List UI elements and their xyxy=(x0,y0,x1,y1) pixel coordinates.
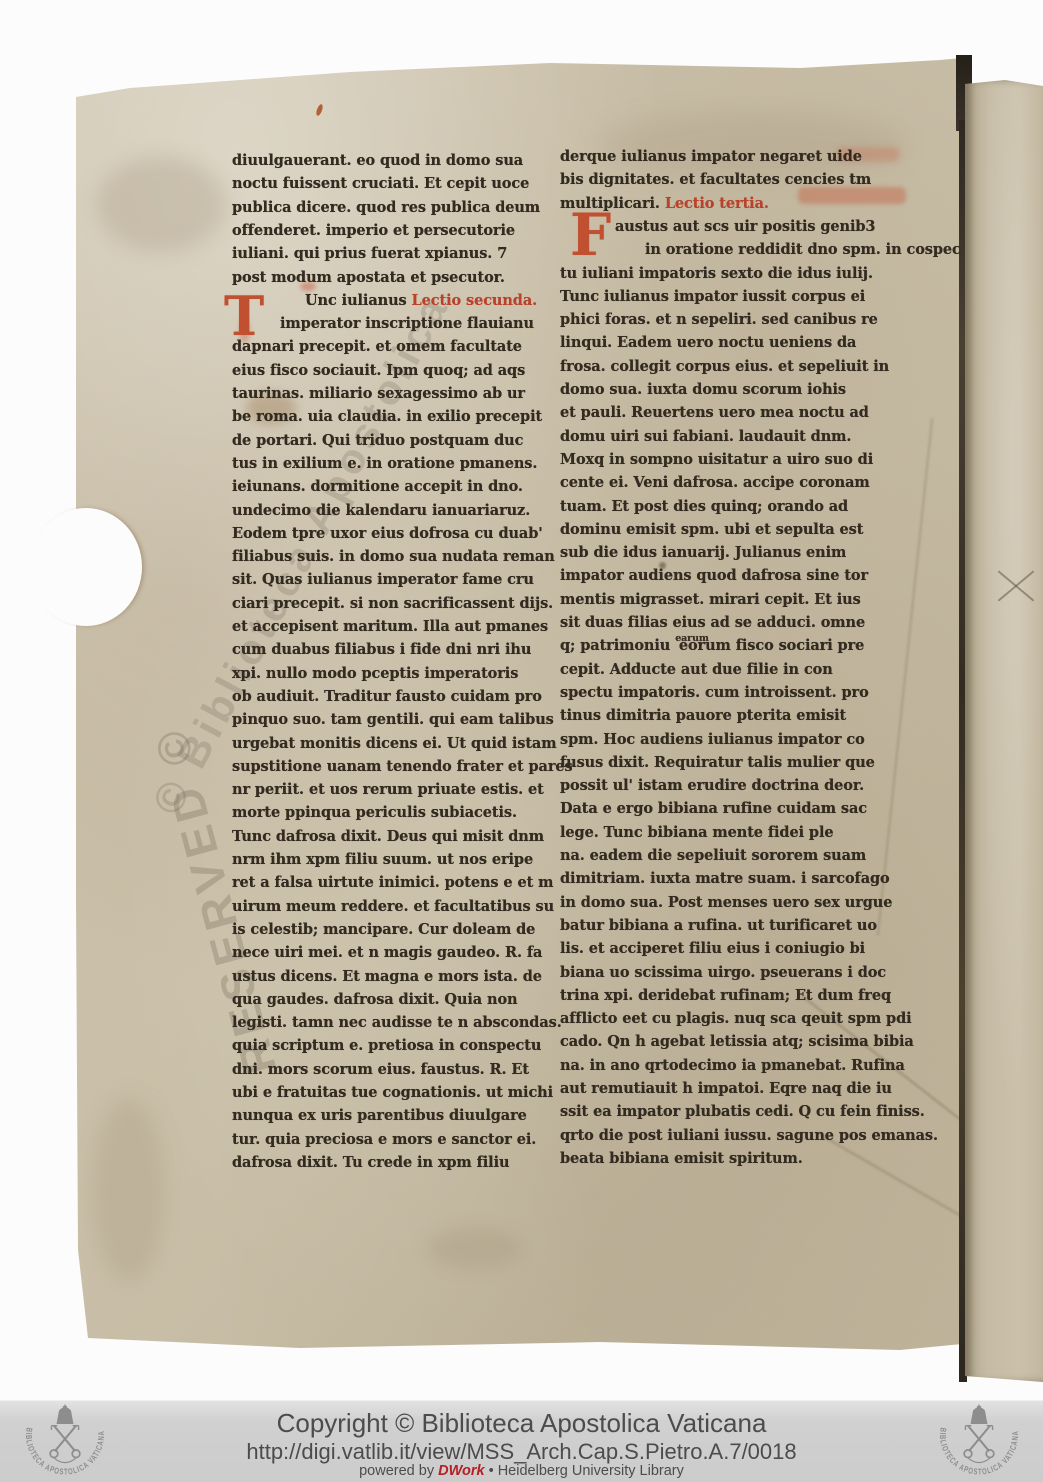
manuscript-line-left-15: ieiunans. dormitione accepit in dno. xyxy=(232,478,523,495)
manuscript-text: cado. Qn h agebat letissia atq; scisima … xyxy=(560,1033,914,1050)
manuscript-line-left-29: morte ppinqua periculis subiacetis. xyxy=(232,804,517,821)
manuscript-text: in oratione reddidit dno spm. in cospec xyxy=(645,241,961,258)
manuscript-text: ciari precepit. si non sacrificassent di… xyxy=(232,595,553,612)
manuscript-line-right-2: bis dignitates. et facultates cencies tm xyxy=(560,171,871,188)
stain xyxy=(426,1227,521,1269)
manuscript-text: eius fisco sociauit. Ipm quoq; ad aqs xyxy=(232,362,525,379)
manuscript-text: filiabus suis. in domo sua nudata reman xyxy=(232,548,555,565)
manuscript-line-left-16: undecimo die kalendaru ianuariaruz. xyxy=(232,502,530,519)
svg-text:BIBLIOTECA APOSTOLICA VATICANA: BIBLIOTECA APOSTOLICA VATICANA xyxy=(938,1427,1020,1477)
source-url: http://digi.vatlib.it/view/MSS_Arch.Cap.… xyxy=(0,1439,1043,1465)
manuscript-line-left-35: nece uiri mei. et n magis gaudeo. R. fa xyxy=(232,944,542,961)
manuscript-line-right-21: sit duas filias eius ad se adduci. omne xyxy=(560,614,865,631)
manuscript-line-left-23: xpi. nullo modo pceptis imperatoris xyxy=(232,665,518,682)
scratch-mark xyxy=(998,570,1035,601)
manuscript-line-left-36: ustus dicens. Et magna e mors ista. de xyxy=(232,968,542,985)
manuscript-text: imperator inscriptione flauianu xyxy=(280,315,534,332)
manuscript-text: in domo sua. Post menses uero sex urgue xyxy=(560,894,892,911)
parchment-edge-notch xyxy=(30,508,142,626)
manuscript-text: xpi. nullo modo pceptis imperatoris xyxy=(232,665,518,682)
red-ghost-text xyxy=(798,187,906,204)
manuscript-text: be roma. uia claudia. in exilio precepit xyxy=(232,408,542,425)
manuscript-text: Unc iulianus xyxy=(305,292,412,309)
manuscript-text: q; patrimoniu xyxy=(560,637,675,654)
manuscript-text: iuliani. qui prius fuerat xpianus. 7 xyxy=(232,245,507,262)
footer-bar: Copyright © Biblioteca Apostolica Vatica… xyxy=(0,1400,1043,1482)
manuscript-line-left-24: ob audiuit. Traditur fausto cuidam pro xyxy=(232,688,542,705)
manuscript-text: cum duabus filiabus i fide dni nri ihu xyxy=(232,641,531,658)
manuscript-line-right-24: spectu impatoris. cum introissent. pro xyxy=(560,684,869,701)
manuscript-text: possit ul' istam erudire doctrina deor. xyxy=(560,777,864,794)
dwork-brand: DWork xyxy=(438,1463,484,1479)
manuscript-text: dafrosa dixit. Tu crede in xpm filiu xyxy=(232,1154,509,1171)
manuscript-line-left-8: imperator inscriptione flauianu xyxy=(280,315,534,332)
manuscript-text: sub die idus ianuarij. Julianus enim xyxy=(560,544,846,561)
stain xyxy=(596,112,906,177)
manuscript-text: undecimo die kalendaru ianuariaruz. xyxy=(232,502,530,519)
manuscript-text: quia scriptum e. pretiosa in conspectu xyxy=(232,1037,541,1054)
manuscript-text: Tunc dafrosa dixit. Deus qui misit dnm xyxy=(232,828,544,845)
manuscript-text: Tunc iulianus impator iussit corpus ei xyxy=(560,288,865,305)
manuscript-text: nunqua ex uris parentibus diuulgare xyxy=(232,1107,527,1124)
manuscript-line-left-12: be roma. uia claudia. in exilio precepit xyxy=(232,408,542,425)
manuscript-line-left-44: dafrosa dixit. Tu crede in xpm filiu xyxy=(232,1154,509,1171)
manuscript-text: cente ei. Veni dafrosa. accipe coronam xyxy=(560,474,870,491)
crossed-keys-icon xyxy=(50,1426,80,1463)
manuscript-line-left-19: sit. Quas iulianus imperator fame cru xyxy=(232,571,534,588)
manuscript-line-right-25: tinus dimitria pauore pterita emisit xyxy=(560,707,846,724)
scratch-mark xyxy=(998,570,1035,601)
manuscript-line-right-39: cado. Qn h agebat letissia atq; scisima … xyxy=(560,1033,914,1050)
manuscript-line-right-19: impator audiens quod dafrosa sine tor xyxy=(560,567,868,584)
manuscript-text: tus in exilium e. in oratione pmanens. xyxy=(232,455,537,472)
manuscript-text: beata bibiana emisit spiritum. xyxy=(560,1150,803,1167)
manuscript-text: mentis migrasset. mirari cepit. Et ius xyxy=(560,591,861,608)
manuscript-text: pinquo suo. tam gentili. qui eam talibus xyxy=(232,711,554,728)
manuscript-line-right-5: in oratione reddidit dno spm. in cospec xyxy=(645,241,961,258)
manuscript-text: noctu fuissent cruciati. Et cepit uoce xyxy=(232,175,529,192)
manuscript-line-right-40: na. in ano qrtodecimo ia pmanebat. Rufin… xyxy=(560,1057,905,1074)
manuscript-line-right-31: na. eadem die sepeliuit sororem suam xyxy=(560,847,866,864)
manuscript-line-right-7: Tunc iulianus impator iussit corpus ei xyxy=(560,288,865,305)
manuscript-line-right-28: possit ul' istam erudire doctrina deor. xyxy=(560,777,864,794)
manuscript-text: trina xpi. deridebat rufinam; Et dum fre… xyxy=(560,987,891,1004)
manuscript-line-right-1: derque iulianus impator negaret uide xyxy=(560,148,862,165)
manuscript-line-right-29: Data e ergo bibiana rufine cuidam sac xyxy=(560,800,867,817)
manuscript-text: ubi e fratuitas tue cognationis. ut mich… xyxy=(232,1084,553,1101)
logo-ring-text: BIBLIOTECA APOSTOLICA VATICANA xyxy=(24,1427,106,1477)
manuscript-line-right-41: aut remutiauit h impatoi. Eqre naq die i… xyxy=(560,1080,892,1097)
manuscript-line-left-20: ciari precepit. si non sacrificassent di… xyxy=(232,595,553,612)
rubric-text: Lectio secunda. xyxy=(412,292,538,309)
manuscript-text: cepit. Adducte aut due filie in con xyxy=(560,661,833,678)
rubric-text: Lectio tertia. xyxy=(665,195,769,212)
manuscript-line-left-30: Tunc dafrosa dixit. Deus qui misit dnm xyxy=(232,828,544,845)
manuscript-line-left-34: is celestib; mancipare. Cur doleam de xyxy=(232,921,535,938)
red-fleck xyxy=(315,104,324,117)
manuscript-text: dni. mors scorum eius. faustus. R. Et xyxy=(232,1061,529,1078)
manuscript-text: tur. quia preciosa e mors e sanctor ei. xyxy=(232,1131,536,1148)
manuscript-text: domo sua. iuxta domu scorum iohis xyxy=(560,381,846,398)
manuscript-line-left-32: ret a falsa uirtute inimici. potens e et… xyxy=(232,874,553,891)
manuscript-line-right-36: biana uo scissima uirgo. pseuerans i doc xyxy=(560,964,886,981)
manuscript-text: na. in ano qrtodecimo ia pmanebat. Rufin… xyxy=(560,1057,905,1074)
manuscript-line-right-8: phici foras. et n sepeliri. sed canibus … xyxy=(560,311,878,328)
manuscript-line-left-9: dapnari precepit. et omem facultate xyxy=(232,338,522,355)
manuscript-line-left-38: legisti. tamn nec audisse te n abscondas… xyxy=(232,1014,562,1031)
manuscript-text: afflicto eet cu plagis. nuq sca qeuit sp… xyxy=(560,1010,912,1027)
manuscript-text: austus aut scs uir positis genib3 xyxy=(615,218,875,235)
papal-tiara-icon xyxy=(57,1405,74,1425)
papal-tiara-icon xyxy=(971,1405,988,1425)
manuscript-text: ret a falsa uirtute inimici. potens e et… xyxy=(232,874,553,891)
manuscript-text: qua gaudes. dafrosa dixit. Quia non xyxy=(232,991,518,1008)
manuscript-text: is celestib; mancipare. Cur doleam de xyxy=(232,921,535,938)
powered-prefix: powered by xyxy=(359,1463,438,1479)
manuscript-text: nr periit. et uos rerum priuate estis. e… xyxy=(232,781,544,798)
crease xyxy=(877,418,933,935)
manuscript-line-right-16: tuam. Et post dies quinq; orando ad xyxy=(560,498,848,515)
manuscript-text: Eodem tpre uxor eius dofrosa cu duab' xyxy=(232,525,543,542)
manuscript-text: lis. et acciperet filiu eius i coniugio … xyxy=(560,940,865,957)
manuscript-text: Moxq in sompno uisitatur a uiro suo di xyxy=(560,451,873,468)
manuscript-line-left-28: nr periit. et uos rerum priuate estis. e… xyxy=(232,781,544,798)
manuscript-line-right-32: dimitriam. iuxta matre suam. i sarcofago xyxy=(560,870,890,887)
manuscript-line-left-33: uirum meum reddere. et facultatibus su xyxy=(232,898,554,915)
manuscript-text: aut remutiauit h impatoi. Eqre naq die i… xyxy=(560,1080,892,1097)
manuscript-line-left-31: nrm ihm xpm filiu suum. ut nos eripe xyxy=(232,851,533,868)
manuscript-text: bis dignitates. et facultates cencies tm xyxy=(560,171,871,188)
manuscript-line-right-37: trina xpi. deridebat rufinam; Et dum fre… xyxy=(560,987,891,1004)
manuscript-text: et accepisent maritum. Illa aut pmanes xyxy=(232,618,548,635)
manuscript-line-right-30: lege. Tunc bibiana mente fidei ple xyxy=(560,824,834,841)
manuscript-line-right-17: dominu emisit spm. ubi et sepulta est xyxy=(560,521,863,538)
manuscript-line-right-27: fusus dixit. Requiratur talis mulier que xyxy=(560,754,875,771)
manuscript-text: fusus dixit. Requiratur talis mulier que xyxy=(560,754,875,771)
manuscript-line-right-42: ssit ea impator plubatis cedi. Q cu fein… xyxy=(560,1103,925,1120)
manuscript-text: spectu impatoris. cum introissent. pro xyxy=(560,684,869,701)
svg-text:BIBLIOTECA APOSTOLICA VATICANA: BIBLIOTECA APOSTOLICA VATICANA xyxy=(24,1427,106,1477)
manuscript-line-right-14: Moxq in sompno uisitatur a uiro suo di xyxy=(560,451,873,468)
manuscript-text: linqui. Eadem uero noctu ueniens da xyxy=(560,334,856,351)
manuscript-line-left-21: et accepisent maritum. Illa aut pmanes xyxy=(232,618,548,635)
manuscript-line-right-22: q; patrimoniu earumeorum fisco sociari p… xyxy=(560,637,864,654)
manuscript-text: sit duas filias eius ad se adduci. omne xyxy=(560,614,865,631)
manuscript-line-left-14: tus in exilium e. in oratione pmanens. xyxy=(232,455,537,472)
manuscript-line-right-9: linqui. Eadem uero noctu ueniens da xyxy=(560,334,856,351)
manuscript-text: et pauli. Reuertens uero mea noctu ad xyxy=(560,404,869,421)
vatican-library-logo-right: BIBLIOTECA APOSTOLICA VATICANA xyxy=(928,1402,1030,1480)
manuscript-line-right-38: afflicto eet cu plagis. nuq sca qeuit sp… xyxy=(560,1010,912,1027)
manuscript-line-left-43: tur. quia preciosa e mors e sanctor ei. xyxy=(232,1131,536,1148)
manuscript-text: domu uiri sui fabiani. laudauit dnm. xyxy=(560,428,851,445)
manuscript-line-right-35: lis. et acciperet filiu eius i coniugio … xyxy=(560,940,865,957)
manuscript-line-left-17: Eodem tpre uxor eius dofrosa cu duab' xyxy=(232,525,543,542)
manuscript-text: ustus dicens. Et magna e mors ista. de xyxy=(232,968,542,985)
manuscript-text: phici foras. et n sepeliri. sed canibus … xyxy=(560,311,878,328)
manuscript-line-left-25: pinquo suo. tam gentili. qui eam talibus xyxy=(232,711,554,728)
manuscript-line-right-20: mentis migrasset. mirari cepit. Et ius xyxy=(560,591,861,608)
manuscript-text: qrto die post iuliani iussu. sagune pos … xyxy=(560,1127,938,1144)
manuscript-text: spm. Hoc audiens iulianus impator co xyxy=(560,731,865,748)
manuscript-line-left-18: filiabus suis. in domo sua nudata reman xyxy=(232,548,555,565)
manuscript-text: frosa. collegit corpus eius. et sepeliui… xyxy=(560,358,889,375)
manuscript-line-right-18: sub die idus ianuarij. Julianus enim xyxy=(560,544,846,561)
manuscript-line-left-40: dni. mors scorum eius. faustus. R. Et xyxy=(232,1061,529,1078)
powered-suffix: • Heidelberg University Library xyxy=(485,1463,684,1479)
manuscript-text: ieiunans. dormitione accepit in dno. xyxy=(232,478,523,495)
manuscript-text: uirum meum reddere. et facultatibus su xyxy=(232,898,554,915)
manuscript-line-right-13: domu uiri sui fabiani. laudauit dnm. xyxy=(560,428,851,445)
manuscript-text: nrm ihm xpm filiu suum. ut nos eripe xyxy=(232,851,533,868)
manuscript-line-right-34: batur bibiana a rufina. ut turificaret u… xyxy=(560,917,877,934)
manuscript-text: earum xyxy=(675,633,709,644)
manuscript-text: offenderet. imperio et persecutorie xyxy=(232,222,515,239)
manuscript-line-left-37: qua gaudes. dafrosa dixit. Quia non xyxy=(232,991,518,1008)
manuscript-text: impator audiens quod dafrosa sine tor xyxy=(560,567,868,584)
manuscript-line-left-7: Unc iulianus Lectio secunda. xyxy=(305,292,537,309)
manuscript-text: post modum apostata et psecutor. xyxy=(232,269,505,286)
manuscript-line-right-33: in domo sua. Post menses uero sex urgue xyxy=(560,894,892,911)
manuscript-line-left-6: post modum apostata et psecutor. xyxy=(232,269,505,286)
manuscript-text: derque iulianus impator negaret uide xyxy=(560,148,862,165)
logo-ring-text: BIBLIOTECA APOSTOLICA VATICANA xyxy=(938,1427,1020,1477)
manuscript-line-left-39: quia scriptum e. pretiosa in conspectu xyxy=(232,1037,541,1054)
manuscript-text: na. eadem die sepeliuit sororem suam xyxy=(560,847,866,864)
manuscript-text: supstitione uanam tenendo frater et pare… xyxy=(232,758,573,775)
vatican-library-logo-left: BIBLIOTECA APOSTOLICA VATICANA xyxy=(14,1402,116,1480)
manuscript-line-left-3: publica dicere. quod res publica deum xyxy=(232,199,540,216)
manuscript-line-right-44: beata bibiana emisit spiritum. xyxy=(560,1150,803,1167)
copyright-text: Copyright © Biblioteca Apostolica Vatica… xyxy=(0,1408,1043,1439)
manuscript-line-left-2: noctu fuissent cruciati. Et cepit uoce xyxy=(232,175,529,192)
manuscript-text: Data e ergo bibiana rufine cuidam sac xyxy=(560,800,867,817)
manuscript-line-right-11: domo sua. iuxta domu scorum iohis xyxy=(560,381,846,398)
manuscript-text: tuam. Et post dies quinq; orando ad xyxy=(560,498,848,515)
manuscript-text: morte ppinqua periculis subiacetis. xyxy=(232,804,517,821)
manuscript-line-left-4: offenderet. imperio et persecutorie xyxy=(232,222,515,239)
manuscript-line-right-10: frosa. collegit corpus eius. et sepeliui… xyxy=(560,358,889,375)
manuscript-line-left-1: diuulgauerant. eo quod in domo sua xyxy=(232,152,523,169)
manuscript-line-left-41: ubi e fratuitas tue cognationis. ut mich… xyxy=(232,1084,553,1101)
manuscript-text: lege. Tunc bibiana mente fidei ple xyxy=(560,824,834,841)
manuscript-line-left-5: iuliani. qui prius fuerat xpianus. 7 xyxy=(232,245,507,262)
manuscript-line-right-4: austus aut scs uir positis genib3 xyxy=(615,218,875,235)
manuscript-text: dominu emisit spm. ubi et sepulta est xyxy=(560,521,863,538)
manuscript-line-left-42: nunqua ex uris parentibus diuulgare xyxy=(232,1107,527,1124)
manuscript-text: de portari. Qui triduo postquam duc xyxy=(232,432,523,449)
manuscript-text: tinus dimitria pauore pterita emisit xyxy=(560,707,846,724)
manuscript-text: publica dicere. quod res publica deum xyxy=(232,199,540,216)
manuscript-line-right-23: cepit. Adducte aut due filie in con xyxy=(560,661,833,678)
manuscript-line-left-13: de portari. Qui triduo postquam duc xyxy=(232,432,523,449)
powered-by-text: powered by DWork • Heidelberg University… xyxy=(0,1463,1043,1479)
manuscript-line-left-11: taurinas. miliario sexagessimo ab ur xyxy=(232,385,525,402)
manuscript-text: urgebat monitis dicens ei. Ut quid istam xyxy=(232,735,556,752)
manuscript-text: diuulgauerant. eo quod in domo sua xyxy=(232,152,523,169)
manuscript-text: biana uo scissima uirgo. pseuerans i doc xyxy=(560,964,886,981)
manuscript-text: ob audiuit. Traditur fausto cuidam pro xyxy=(232,688,542,705)
manuscript-text: sit. Quas iulianus imperator fame cru xyxy=(232,571,534,588)
rubricated-initial-T: T xyxy=(224,294,264,338)
manuscript-line-left-10: eius fisco sociauit. Ipm quoq; ad aqs xyxy=(232,362,525,379)
manuscript-text: taurinas. miliario sexagessimo ab ur xyxy=(232,385,525,402)
manuscript-scan-viewer: © Biblioteca Apostolica RESERVED © diuul… xyxy=(0,0,1043,1482)
crossed-keys-icon xyxy=(964,1426,994,1463)
manuscript-line-left-22: cum duabus filiabus i fide dni nri ihu xyxy=(232,641,531,658)
facing-page-edge xyxy=(965,80,1043,1382)
manuscript-text: batur bibiana a rufina. ut turificaret u… xyxy=(560,917,877,934)
manuscript-text: nece uiri mei. et n magis gaudeo. R. fa xyxy=(232,944,542,961)
manuscript-text: dapnari precepit. et omem facultate xyxy=(232,338,522,355)
manuscript-text: ssit ea impator plubatis cedi. Q cu fein… xyxy=(560,1103,925,1120)
manuscript-line-right-15: cente ei. Veni dafrosa. accipe coronam xyxy=(560,474,870,491)
manuscript-line-left-27: supstitione uanam tenendo frater et pare… xyxy=(232,758,573,775)
manuscript-line-right-26: spm. Hoc audiens iulianus impator co xyxy=(560,731,865,748)
manuscript-line-left-26: urgebat monitis dicens ei. Ut quid istam xyxy=(232,735,556,752)
stain xyxy=(96,157,226,252)
stain xyxy=(91,1097,166,1282)
manuscript-text: legisti. tamn nec audisse te n abscondas… xyxy=(232,1014,562,1031)
rubricated-initial-F: F xyxy=(570,212,611,260)
manuscript-line-right-12: et pauli. Reuertens uero mea noctu ad xyxy=(560,404,869,421)
manuscript-text: dimitriam. iuxta matre suam. i sarcofago xyxy=(560,870,890,887)
manuscript-line-right-43: qrto die post iuliani iussu. sagune pos … xyxy=(560,1127,938,1144)
